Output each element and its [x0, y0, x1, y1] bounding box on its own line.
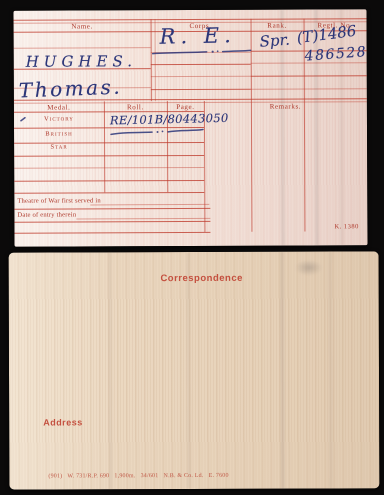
medal-table-header-page: Page. [167, 102, 204, 110]
ruled-line-h [14, 232, 210, 234]
ruled-line-h [14, 192, 204, 194]
name-column-header: Name. [14, 22, 151, 31]
medal-row-british: British [14, 130, 104, 137]
correspondence-heading: Correspondence [9, 272, 384, 284]
fill-in-line [90, 203, 209, 205]
fill-in-line [76, 217, 210, 219]
address-label: Address [43, 417, 83, 427]
scan-crease [329, 252, 333, 489]
rank-entry: Spr. [259, 31, 290, 51]
ruled-line-h [151, 89, 251, 90]
ruled-line-h [251, 88, 367, 90]
scan-background: { "card_front": { "headers": { "name": "… [0, 0, 384, 495]
medal-table-header-roll: Roll. [104, 103, 167, 111]
medal-table-header-medal: Medal. [14, 103, 104, 111]
ruled-line-h [14, 127, 204, 129]
printer-code: (901) W. 731/R.P. 690 1,900m. 34/601 N.B… [48, 473, 228, 480]
ruled-line-h [251, 75, 367, 77]
ink-underline-roll [111, 132, 152, 134]
medal-table-header-remarks: Remarks. [204, 102, 367, 111]
victory-roll-entry: RE/101B/80443050 [110, 111, 229, 128]
medal-index-card-front: Name. Corps. Rank. Regtl. No. Medal. Rol… [13, 9, 367, 247]
ruled-line-h [151, 52, 251, 53]
ruled-line-h [14, 208, 210, 210]
date-of-entry-label: Date of entry therein [17, 211, 76, 218]
ruled-line-h [14, 221, 210, 223]
ruled-line-h [151, 76, 251, 77]
scan-crease [281, 252, 285, 489]
form-code: K. 1380 [334, 223, 358, 230]
ruled-line-h [14, 180, 204, 182]
surname-entry: HUGHES. [26, 52, 137, 70]
scan-crease [339, 9, 343, 245]
ruled-line-h [151, 64, 251, 65]
ruled-line-h [14, 155, 204, 157]
forename-entry: Thomas. [18, 75, 122, 103]
ruled-line-h [14, 167, 204, 169]
ruled-line-h [14, 47, 151, 49]
medal-row-star: Star [14, 143, 104, 150]
corps-entry: R. E. [159, 23, 236, 49]
medal-index-card-back: Correspondence Address (901) W. 731/R.P.… [9, 251, 380, 489]
medal-row-victory: Victory [14, 115, 104, 122]
scan-crease [187, 252, 191, 489]
theatre-of-war-label: Theatre of War first served in [17, 197, 101, 204]
scan-crease [109, 252, 113, 489]
